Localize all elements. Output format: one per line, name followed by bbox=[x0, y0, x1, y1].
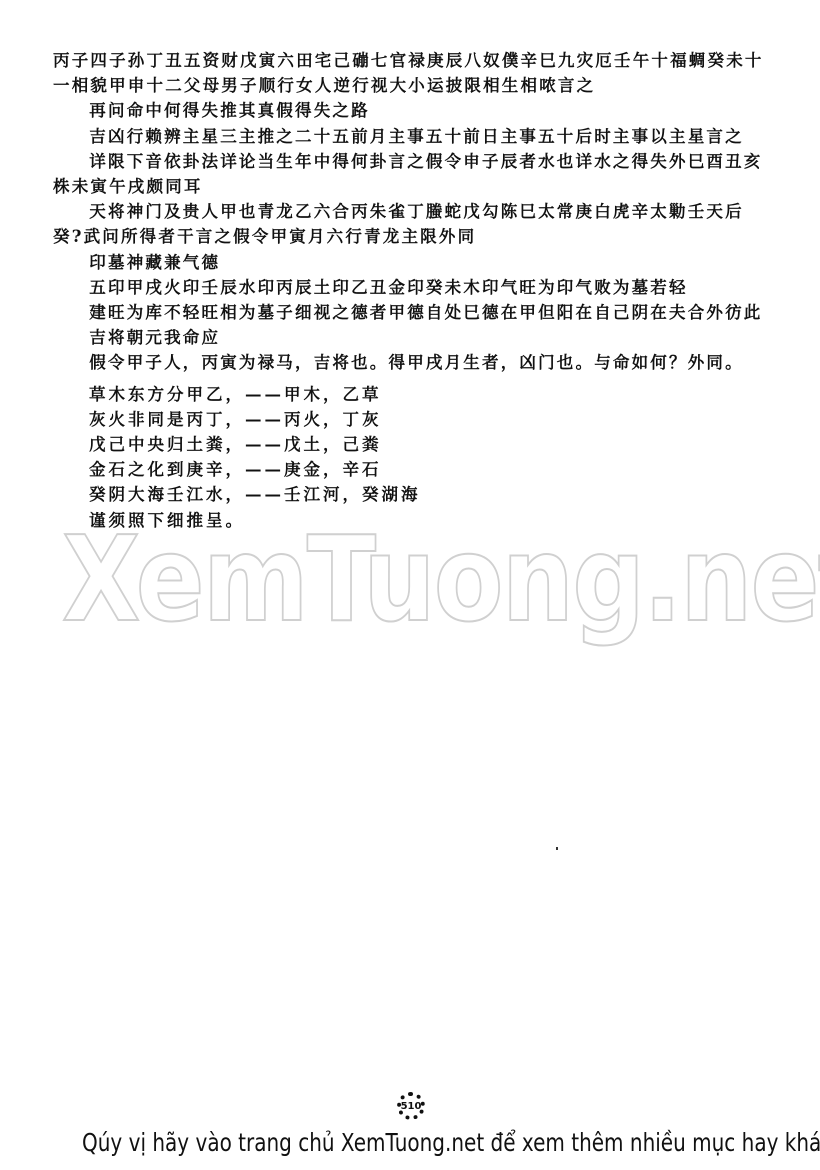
verse-line: 草木东方分甲乙，——甲木，乙草 bbox=[53, 382, 768, 407]
watermark: XemTuong.net bbox=[62, 520, 820, 638]
verse-line: 灰火非同是丙丁，——丙火，丁灰 bbox=[53, 407, 768, 432]
paragraph: 详限下音依卦法详论当生年中得何卦言之假令申子辰者水也详水之得失外巳酉丑亥株未寅午… bbox=[53, 149, 768, 199]
verse-line: 金石之化到庚辛，——庚金，辛石 bbox=[53, 457, 768, 482]
paragraph: 吉凶行赖辨主星三主推之二十五前月主事五十前日主事五十后时主事以主星言之 bbox=[53, 124, 768, 149]
paragraph: 再问命中何得失推其真假得失之路 bbox=[53, 98, 768, 123]
paragraph: 印墓神藏兼气德 bbox=[53, 250, 768, 275]
paragraph: 丙子四子孙丁丑五资财戊寅六田宅己磞七官禄庚辰八奴僕辛巳九灾厄壬午十福蜩癸未十一相… bbox=[53, 48, 768, 98]
paragraph: 五印甲戌火印壬辰水印丙辰土印乙丑金印癸未木印气旺为印气败为墓若轻 bbox=[53, 275, 768, 300]
paragraph: 假令甲子人，丙寅为禄马，吉将也。得甲戌月生者，凶门也。与命如何？外同。 bbox=[53, 350, 768, 375]
paragraph: 天将神门及贵人甲也青龙乙六合丙朱雀丁螣蛇戊勾陈巳太常庚白虎辛太勦壬天后癸?武问所… bbox=[53, 199, 768, 249]
footer-text: Qúy vị hãy vào trang chủ XemTuong.net để… bbox=[82, 1128, 738, 1157]
verse-line: 谨须照下细推呈。 bbox=[53, 508, 768, 533]
verse-line: 癸阴大海壬江水，——壬江河，癸湖海 bbox=[53, 482, 768, 507]
page-number-badge: 510 bbox=[397, 1092, 425, 1120]
scan-speck bbox=[556, 847, 558, 850]
paragraph: 建旺为库不轻旺相为墓子细视之德者甲德自处巳德在甲但阳在自己阴在夫合外彷此 bbox=[53, 300, 768, 325]
paragraph: 吉将朝元我命应 bbox=[53, 325, 768, 350]
document-body: 丙子四子孙丁丑五资财戊寅六田宅己磞七官禄庚辰八奴僕辛巳九灾厄壬午十福蜩癸未十一相… bbox=[53, 48, 768, 533]
verse-block: 草木东方分甲乙，——甲木，乙草 灰火非同是丙丁，——丙火，丁灰 戊己中央归土粪，… bbox=[53, 382, 768, 533]
verse-line: 戊己中央归土粪，——戊土，己粪 bbox=[53, 432, 768, 457]
